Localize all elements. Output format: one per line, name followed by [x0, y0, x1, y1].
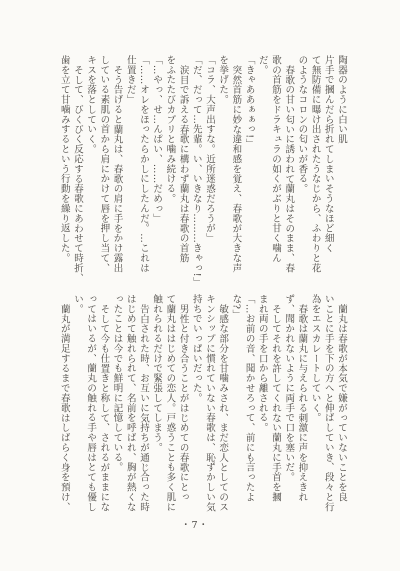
- text-column: 歯を立て甘噛みするという行動を繰り返した。: [58, 55, 71, 274]
- text-column: キスを落としていく。: [84, 55, 97, 274]
- text-column: 仕置きだ」: [124, 55, 137, 274]
- text-column: はじめて触れられて、名前を呼ばれ、胸が熱くな: [124, 294, 137, 513]
- book-page: 陶器のように白い肌片手で摑んだら折れてしまいそうなほど細くて無防備に曝け出された…: [0, 0, 400, 571]
- page-number: ・7・: [0, 517, 390, 531]
- text-column: 敏感な部分を甘噛みされ、まだ恋人としてのス: [216, 294, 229, 513]
- text-column: て蘭丸ははじめての恋人。戸惑うことも多く肌に: [163, 294, 176, 513]
- text-column: いことに手を下の方へと伸ばしていき、段々と行: [322, 294, 335, 513]
- text-column: 「だ、だって…先輩。い、いきなり………きゃっ!」: [190, 55, 203, 274]
- text-column: 「コラ、大声出すな。近所迷惑だろうが」: [203, 55, 216, 274]
- text-column: ず、聞かれないように両手で口を塞いだ。: [282, 294, 295, 513]
- text-column: だ。: [256, 55, 269, 274]
- text-column: 「きゃああぁぁっ!」: [242, 55, 255, 274]
- text-column: 蘭丸が満足するまで春歌はしばらく身を預け、: [58, 294, 71, 513]
- text-column: を挙げた。: [216, 55, 229, 274]
- text-column: 男性と付き合うことがはじめての春歌にとっ: [176, 294, 189, 513]
- text-block-bottom: 蘭丸は春歌が本気で嫌がっていないことを良いことに手を下の方へと伸ばしていき、段々…: [58, 294, 348, 513]
- text-column: 「…やっ、せ…んぱい、……だめっ」: [150, 55, 163, 274]
- text-column: まれ両の手を口から離される。: [256, 294, 269, 513]
- text-column: 「……オレをほったらかしにしたんだ。…これは: [137, 55, 150, 274]
- text-column: い。: [71, 294, 84, 513]
- text-column: 突然首筋に妙な違和感を覚え、春歌が大きな声: [229, 55, 242, 274]
- text-column: て無防備に曝け出されたうなじから、ふわりと花: [308, 55, 321, 274]
- text-column: 為をエスカレートしていく。: [308, 294, 321, 513]
- text-column: 春歌の甘い匂いに誘われて蘭丸はそのまま、春: [282, 55, 295, 274]
- text-column: 触れられるだけで緊張してしまう。: [150, 294, 163, 513]
- text-column: 持ちでいっぱいだった。: [190, 294, 203, 513]
- text-column: 告白された時、お互いに気持ちが通じ合った時: [137, 294, 150, 513]
- text-column: 「…お前の音、聞かせろって、前にも言ったよ: [242, 294, 255, 513]
- text-column: のようなコロンの匂いが香る。: [295, 55, 308, 274]
- text-column: ってはいるが、蘭丸の触れる手や唇はとても優し: [84, 294, 97, 513]
- text-column: 片手で摑んだら折れてしまいそうなほど細く: [322, 55, 335, 274]
- text-block-top: 陶器のように白い肌片手で摑んだら折れてしまいそうなほど細くて無防備に曝け出された…: [58, 55, 348, 274]
- text-column: 陶器のように白い肌: [335, 55, 348, 274]
- text-column: そう告げると蘭丸は、春歌の肩に手をかけ露出: [110, 55, 123, 274]
- text-column: ったことは今でも鮮明に記憶している。: [110, 294, 123, 513]
- text-column: している素肌の首から肩にかけて唇を押し当て、: [97, 55, 110, 274]
- text-column: をふたたびカプリと噛み続ける。: [163, 55, 176, 274]
- text-column: 涙目で訴える春歌に構わず蘭丸は春歌の首筋: [176, 55, 189, 274]
- text-column: 歌の首筋をドラキュラの如くがぶりと甘く噛ん: [269, 55, 282, 274]
- text-column: そして、びくびく反応する春歌にあわせて時折、: [71, 55, 84, 274]
- text-column: そしてそれを許してくれない蘭丸に手首を摑: [269, 294, 282, 513]
- text-column: キンシップに慣れていない春歌は、恥ずかしい気: [203, 294, 216, 513]
- text-column: 蘭丸は春歌が本気で嫌がっていないことを良: [335, 294, 348, 513]
- text-column: な?」: [229, 294, 242, 513]
- text-column: そして今も仕置きと称して、されるがままにな: [97, 294, 110, 513]
- text-column: 春歌は蘭丸に与えられる刺激に声を抑えきれ: [295, 294, 308, 513]
